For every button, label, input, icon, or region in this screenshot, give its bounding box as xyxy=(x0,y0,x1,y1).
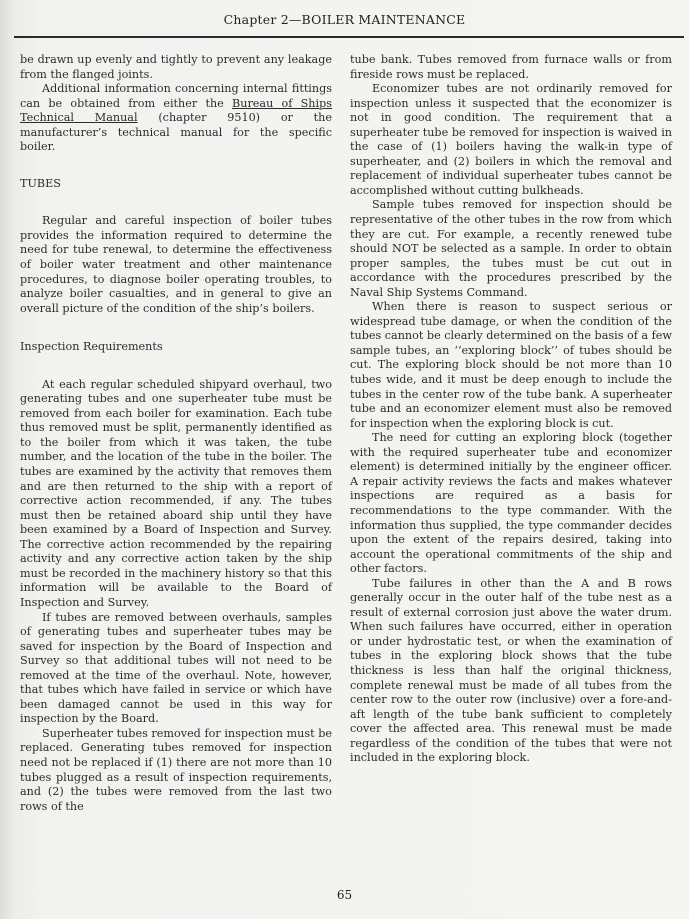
paragraph: At each regular scheduled shipyard overh… xyxy=(20,378,332,611)
running-header: Chapter 2—BOILER MAINTENANCE xyxy=(0,12,689,27)
subsection-heading-inspection-requirements: Inspection Requirements xyxy=(20,340,332,355)
header-rule xyxy=(14,36,684,38)
paragraph: Sample tubes removed for inspection shou… xyxy=(350,198,672,300)
paragraph: Superheater tubes removed for inspection… xyxy=(20,727,332,814)
left-column: be drawn up evenly and tightly to preven… xyxy=(20,53,332,814)
page-number: 65 xyxy=(0,888,689,902)
paragraph: be drawn up evenly and tightly to preven… xyxy=(20,53,332,82)
paragraph: Economizer tubes are not ordinarily remo… xyxy=(350,82,672,198)
paragraph: Tube failures in other than the A and B … xyxy=(350,577,672,766)
paragraph: tube bank. Tubes removed from furnace wa… xyxy=(350,53,672,82)
paragraph: If tubes are removed between overhauls, … xyxy=(20,611,332,727)
paragraph: When there is reason to suspect serious … xyxy=(350,300,672,431)
paragraph: The need for cutting an exploring block … xyxy=(350,431,672,576)
paragraph: Regular and careful inspection of boiler… xyxy=(20,214,332,316)
right-column: tube bank. Tubes removed from furnace wa… xyxy=(350,53,672,766)
section-heading-tubes: TUBES xyxy=(20,177,332,192)
paragraph: Additional information concerning intern… xyxy=(20,82,332,155)
